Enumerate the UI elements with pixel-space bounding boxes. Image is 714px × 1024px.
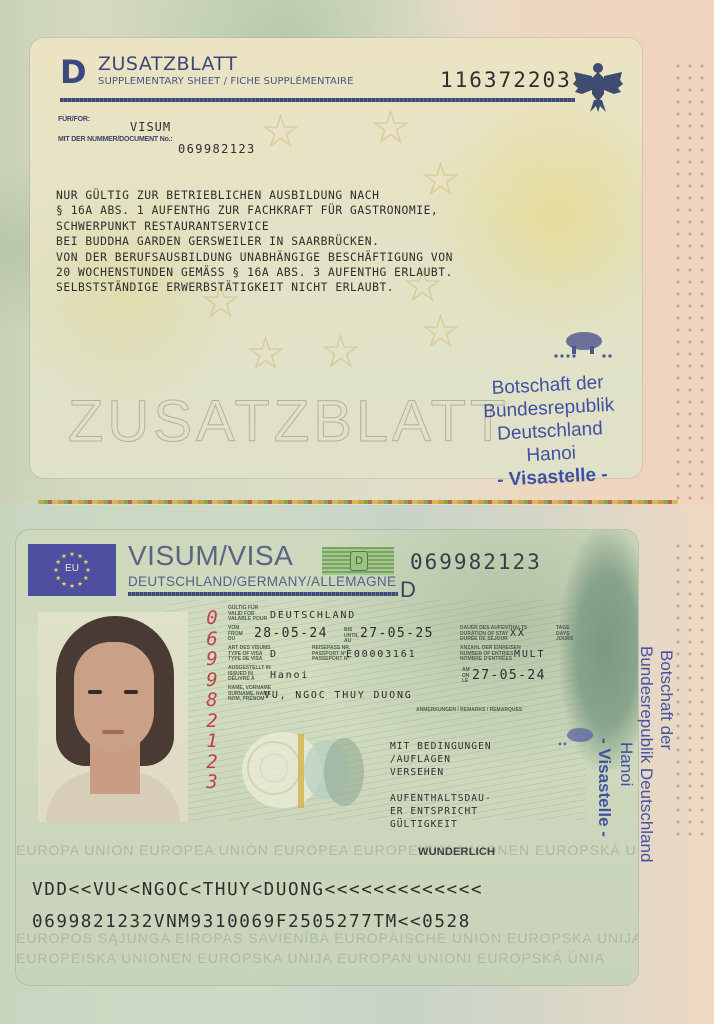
entries-value: MULT <box>514 649 545 660</box>
country-code-badge: D <box>60 54 88 90</box>
conditions-text: NUR GÜLTIG ZUR BETRIEBLICHEN AUSBILDUNG … <box>56 188 616 296</box>
optically-variable-emblem: D <box>322 547 394 575</box>
embassy-stamp: Botschaft der Bundesrepublik Deutschland… <box>427 368 673 495</box>
issued-in-label: AUSGESTELLT IN ISSUED IN DÉLIVRÉ À <box>228 666 271 683</box>
eu-star-watermark: ☆ <box>245 330 286 376</box>
eu-star-watermark: ☆ <box>260 108 301 154</box>
issued-in-value: Hanoi <box>270 670 309 681</box>
federal-eagle-icon <box>570 58 626 114</box>
visa-remarks: MIT BEDINGUNGEN /AUFLAGEN VERSEHEN AUFEN… <box>390 740 492 831</box>
embassy-stamp-rotated-line: - Visastelle - <box>594 738 614 837</box>
duration-value: XX <box>510 628 526 639</box>
hologram-animal-icon <box>556 726 596 748</box>
supplementary-sheet: ☆ ☆ ☆ ☆ ☆ ☆ ☆ ☆ D ZUSATZBLATT SUPPLEMENT… <box>30 38 642 478</box>
mrz-line-1: VDD<<VU<<NGOC<THUY<DUONG<<<<<<<<<<<<< <box>32 874 483 906</box>
document-number-value: 069982123 <box>178 142 256 156</box>
mrz-line-2: 0699821232VNM9310069F2505277TM<<0528 <box>32 906 483 938</box>
eu-star-watermark: ☆ <box>420 308 461 354</box>
embassy-stamp-rotated-line: Bundesrepublik Deutschland <box>636 646 656 862</box>
days-label: TAGE DAYS JOURS <box>556 626 573 643</box>
eu-microtext: EUROPA UNION EUROPEA UNIÓN EUROPEA EUROP… <box>16 842 638 858</box>
valid-for-value: DEUTSCHLAND <box>270 610 356 621</box>
hologram-animal-icon <box>550 328 616 360</box>
from-value: 28-05-24 <box>254 626 328 641</box>
from-label: VOM FROM DU <box>228 626 243 643</box>
machine-readable-zone: VDD<<VU<<NGOC<THUY<DUONG<<<<<<<<<<<<<069… <box>32 874 483 938</box>
visa-title: VISUM/VISA <box>128 540 293 572</box>
visa-number: 069982123 <box>410 550 542 574</box>
document-number-label: MIT DER NUMMER/DOCUMENT No.: <box>58 136 173 143</box>
holder-name: VU, NGOC THUY DUONG <box>264 690 413 701</box>
visa-country: DEUTSCHLAND/GERMANY/ALLEMAGNE <box>128 574 396 589</box>
issuing-officer-signature: WUNDERLICH <box>418 846 495 858</box>
eu-star-watermark: ☆ <box>320 328 361 374</box>
sheet-subtitle: SUPPLEMENTARY SHEET / FICHE SUPPLÉMENTAI… <box>98 76 353 87</box>
type-value: D <box>270 649 278 660</box>
valid-for-label: GÜLTIG FÜR VALID FOR VALABLE POUR <box>228 606 267 623</box>
until-value: 27-05-25 <box>360 626 434 641</box>
eu-flag: EU <box>28 544 116 596</box>
perforated-visa-number: 069982123 <box>204 608 220 793</box>
embassy-stamp-rotated-line: Hanoi <box>616 742 636 786</box>
emblem-letter: D <box>350 551 368 571</box>
embassy-stamp-rotated-line: Botschaft der <box>656 650 676 750</box>
eu-star-watermark: ☆ <box>370 104 411 150</box>
microprint-rule <box>128 592 398 596</box>
type-label: ART DES VISUMS TYPE OF VISA TYPE DE VISA <box>228 646 271 663</box>
hologram-seal <box>234 726 364 816</box>
on-value: 27-05-24 <box>472 668 546 683</box>
holder-photo <box>38 612 188 822</box>
microprint-rule <box>60 98 575 102</box>
sheet-serial-number: 116372203 <box>440 68 572 92</box>
for-value: VISUM <box>130 120 171 134</box>
remarks-label: ANMERKUNGEN / REMARKS / REMARQUES <box>416 708 522 714</box>
on-label: AM ON LE <box>462 668 470 685</box>
perforation-pattern <box>672 540 712 840</box>
visa-sticker: EUROPA UNION EUROPEA UNIÓN EUROPEA EUROP… <box>16 530 638 985</box>
perforation-pattern <box>672 60 712 500</box>
issuing-state-code: D <box>400 577 416 603</box>
eu-microtext: EUROPEISKA UNIONEN EUROPSKA UNIJA EUROPA… <box>16 950 638 966</box>
until-label: BIS UNTIL AU <box>344 628 359 645</box>
passport-label: REISEPASS NR. PASSPORT N° PASSEPORT N° <box>312 646 350 663</box>
eu-label: EU <box>28 563 116 574</box>
binding-stitch <box>38 500 678 504</box>
sheet-title: ZUSATZBLATT <box>98 53 237 75</box>
entries-label: ANZAHL DER EINREISEN NUMBER OF ENTRIES N… <box>460 646 521 663</box>
for-label: FÜR/FOR: <box>58 116 90 123</box>
passport-value: E00003161 <box>346 649 416 660</box>
